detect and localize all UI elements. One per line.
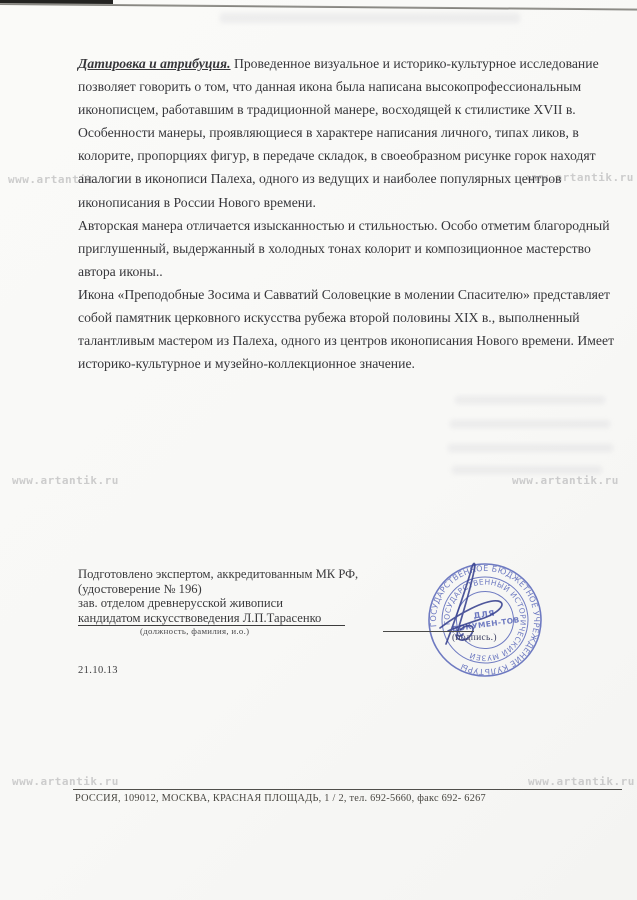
scan-edge-line [0, 3, 637, 11]
scanned-document-page: www.artantik.ru www.artantik.ru www.arta… [0, 0, 637, 900]
signature-caption: (подпись.) [452, 633, 497, 643]
ghost-text-smudge [220, 13, 520, 23]
ghost-text-smudge [452, 466, 602, 474]
ghost-text-smudge [450, 420, 610, 428]
report-body: Датировка и атрибуция. Проведенное визуа… [78, 52, 626, 375]
dating-attribution-paragraph: Датировка и атрибуция. Проведенное визуа… [78, 52, 626, 283]
watermark-artantik: www.artantik.ru [512, 474, 619, 487]
footer-address: РОССИЯ, 109012, МОСКВА, КРАСНАЯ ПЛОЩАДЬ,… [75, 793, 486, 804]
ghost-text-smudge [455, 396, 605, 404]
ghost-text-smudge [448, 444, 613, 452]
paragraph-text: Проведенное визуальное и историко-культу… [78, 56, 610, 279]
report-date: 21.10.13 [78, 665, 118, 676]
position-line: зав. отделом древнерусской живописи [78, 596, 408, 611]
conclusion-paragraph: Икона «Преподобные Зосима и Савватий Сол… [78, 283, 626, 375]
prepared-by-line: Подготовлено экспертом, аккредитованным … [78, 567, 408, 582]
watermark-artantik: www.artantik.ru [12, 775, 119, 788]
paragraph-heading: Датировка и атрибуция. [78, 56, 231, 71]
footer-rule [73, 789, 622, 790]
certificate-line: (удостоверение № 196) [78, 582, 408, 597]
expert-signature-block: Подготовлено экспертом, аккредитованным … [78, 567, 408, 637]
expert-name-line: кандидатом искусствоведения Л.П.Тарасенк… [78, 611, 345, 627]
watermark-artantik: www.artantik.ru [12, 474, 119, 487]
watermark-artantik: www.artantik.ru [528, 775, 635, 788]
signature-hint-label: (должность, фамилия, и.о.) [140, 626, 408, 637]
